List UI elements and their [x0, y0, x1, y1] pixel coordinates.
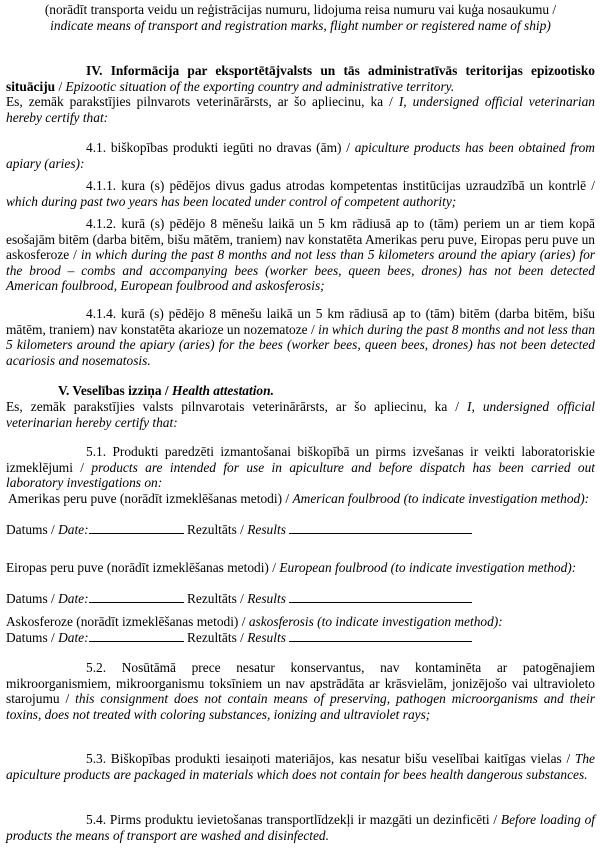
date-label-en: Date: — [58, 522, 89, 537]
item-text-lv: Pirms produktu ievietošanas transportlīd… — [110, 812, 497, 827]
item-number: 4.1.1. — [86, 178, 116, 193]
test-european-foulbrood-fields: Datums / Date: Rezultāts / Results — [6, 591, 595, 607]
result-label-lv: Rezultāts / — [187, 591, 244, 606]
test-european-foulbrood: Eiropas peru puve (norādīt izmeklēšanas … — [6, 560, 595, 576]
section-iv-title-en: Epizootic situation of the exporting cou… — [66, 79, 455, 94]
item-4-1: 4.1. biškopības produkti iegūti no drava… — [6, 140, 595, 171]
item-number: 5.1. — [86, 444, 106, 459]
item-text-en: products are intended for use in apicult… — [6, 460, 595, 491]
date-label-en: Date: — [58, 591, 89, 606]
result-label-en: Results — [247, 591, 286, 606]
item-5-1: 5.1. Produkti paredzēti izmantošanai biš… — [6, 444, 595, 491]
item-4-1-2: 4.1.2. kurā (s) pēdējo 8 mēnešu laikā un… — [6, 216, 595, 294]
date-field[interactable] — [89, 522, 184, 534]
item-4-1-1: 4.1.1. kura (s) pēdējos divus gadus atro… — [6, 178, 595, 209]
item-text-en: in which during the past 8 months and no… — [6, 247, 595, 293]
date-field[interactable] — [89, 591, 184, 603]
section-v-heading: V. Veselības izziņa / Health attestation… — [6, 383, 595, 399]
item-number: 5.4. — [86, 812, 106, 827]
transport-note-lv: (norādīt transporta veidu un reģistrācij… — [6, 2, 595, 18]
item-5-2: 5.2. Nosūtāmā prece nesatur konservantus… — [6, 660, 595, 722]
result-field[interactable] — [289, 522, 472, 534]
item-number: 5.2. — [86, 660, 106, 675]
section-iv-certify-lv: Es, zemāk parakstījies pilnvarots veteri… — [6, 94, 393, 109]
test-label-en: American foulbrood (to indicate investig… — [292, 491, 589, 506]
item-number: 5.3. — [86, 751, 106, 766]
section-iv-heading: IV. Informācija par eksportētājvalsts un… — [6, 63, 595, 94]
date-label-en: Date: — [58, 630, 89, 645]
test-label-lv: Askosferoze (norādīt izmeklēšanas metodi… — [6, 614, 245, 629]
item-5-3: 5.3. Biškopības produkti iesaiņoti mater… — [6, 751, 595, 782]
section-iv-certify: Es, zemāk parakstījies pilnvarots veteri… — [6, 94, 595, 125]
item-4-1-4: 4.1.4. kurā (s) pēdējo 8 mēnešu laikā un… — [6, 306, 595, 368]
item-text-lv: kura (s) pēdējos divus gadus atrodas kom… — [121, 178, 595, 193]
section-v-title-en: Health attestation. — [172, 383, 274, 398]
test-american-foulbrood: Amerikas peru puve (norādīt izmeklēšanas… — [6, 491, 595, 507]
result-label-lv: Rezultāts / — [187, 522, 244, 537]
test-askosferosis: Askosferoze (norādīt izmeklēšanas metodi… — [6, 614, 595, 630]
result-field[interactable] — [289, 591, 472, 603]
test-american-foulbrood-fields: Datums / Date: Rezultāts / Results — [6, 522, 595, 538]
section-v-certify-lv: Es, zemāk parakstījies valsts pilnvarota… — [6, 399, 459, 414]
date-field[interactable] — [89, 630, 184, 642]
result-label-en: Results — [247, 522, 286, 537]
date-label-lv: Datums / — [6, 591, 55, 606]
item-text-lv: biškopības produkti iegūti no dravas (ām… — [111, 140, 350, 155]
item-5-4: 5.4. Pirms produktu ievietošanas transpo… — [6, 812, 595, 843]
test-label-lv: Amerikas peru puve (norādīt izmeklēšanas… — [8, 491, 289, 506]
item-number: 4.1.4. — [86, 306, 116, 321]
item-number: 4.1. — [86, 140, 106, 155]
section-v-certify: Es, zemāk parakstījies valsts pilnvarota… — [6, 399, 595, 430]
item-number: 4.1.2. — [86, 216, 116, 231]
item-text-en: which during past two years has been loc… — [6, 194, 456, 209]
test-label-en: askosferosis (to indicate investigation … — [249, 614, 503, 629]
test-askosferosis-fields: Datums / Date: Rezultāts / Results — [6, 630, 595, 646]
test-label-lv: Eiropas peru puve (norādīt izmeklēšanas … — [6, 560, 276, 575]
result-label-lv: Rezultāts / — [187, 630, 244, 645]
result-label-en: Results — [247, 630, 286, 645]
test-label-en: European foulbrood (to indicate investig… — [279, 560, 576, 575]
date-label-lv: Datums / — [6, 630, 55, 645]
date-label-lv: Datums / — [6, 522, 55, 537]
transport-note-en: indicate means of transport and registra… — [50, 18, 551, 33]
section-v-title-lv: V. Veselības izziņa / — [58, 383, 169, 398]
transport-note: (norādīt transporta veidu un reģistrācij… — [6, 2, 595, 33]
item-text-en: this consignment does not contain means … — [6, 691, 595, 722]
result-field[interactable] — [289, 630, 472, 642]
item-text-lv: Biškopības produkti iesaiņoti materiājos… — [111, 751, 570, 766]
